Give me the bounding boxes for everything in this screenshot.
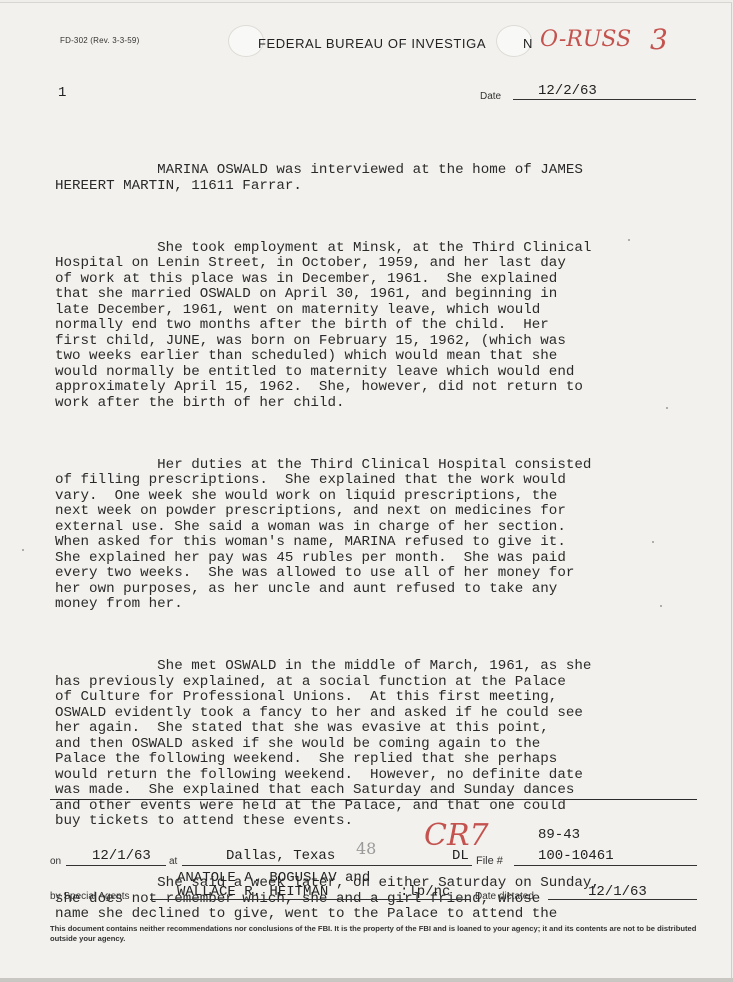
paper-speck xyxy=(652,541,654,543)
date-underline xyxy=(513,99,696,100)
on-underline xyxy=(66,865,166,866)
page-bottom-edge xyxy=(0,978,733,982)
stamp-number: 48 xyxy=(356,839,376,858)
paper-speck xyxy=(666,407,668,409)
on-date-value: 12/1/63 xyxy=(92,848,151,864)
paper-speck xyxy=(628,239,630,241)
date-label: Date xyxy=(480,91,501,102)
at-label: at xyxy=(169,856,177,867)
agency-name-tail: N xyxy=(523,36,532,51)
paragraph-duties: Her duties at the Third Clinical Hospita… xyxy=(55,458,705,613)
paragraph-employment: She took employment at Minsk, at the Thi… xyxy=(55,241,705,412)
report-body: MARINA OSWALD was interviewed at the hom… xyxy=(55,132,705,969)
on-label: on xyxy=(50,856,61,867)
date-dictated-value: 12/1/63 xyxy=(588,884,647,900)
agent-name-2: WALLACE R. HEITMAN xyxy=(177,884,328,900)
location-value: Dallas, Texas xyxy=(226,848,335,864)
fbi-disclaimer: This document contains neither recommend… xyxy=(50,924,700,944)
paper-speck xyxy=(22,549,24,551)
file-number-value: 100-10461 xyxy=(538,848,614,864)
handwritten-page-number: 3 xyxy=(650,23,668,56)
form-number: FD-302 (Rev. 3-3-59) xyxy=(60,36,139,45)
paragraph-interview-location: MARINA OSWALD was interviewed at the hom… xyxy=(55,163,705,194)
typist-initials: :lp/nc xyxy=(400,884,450,900)
date-dictated-label: Date dictated xyxy=(475,891,534,902)
paper-speck xyxy=(660,605,662,607)
date-value: 12/2/63 xyxy=(538,83,597,99)
agency-name: FEDERAL BUREAU OF INVESTIGA xyxy=(258,36,486,51)
office-code: DL xyxy=(452,848,469,864)
handwritten-file-code: O-RUSS xyxy=(540,27,631,52)
agency-title: FEDERAL BUREAU OF INVESTIGA xyxy=(258,36,486,51)
footer-separator xyxy=(50,799,697,800)
at-underline xyxy=(182,865,472,866)
agents-label: by Special Agents xyxy=(50,891,130,902)
document-page: FD-302 (Rev. 3-3-59) FEDERAL BUREAU OF I… xyxy=(0,2,732,981)
page-number: 1 xyxy=(58,85,66,101)
file-number-underline xyxy=(514,865,697,866)
file-number-label: File # xyxy=(476,855,503,867)
paragraph-meeting-oswald: She met OSWALD in the middle of March, 1… xyxy=(55,659,705,830)
file-prefix-number: 89-43 xyxy=(538,827,580,843)
